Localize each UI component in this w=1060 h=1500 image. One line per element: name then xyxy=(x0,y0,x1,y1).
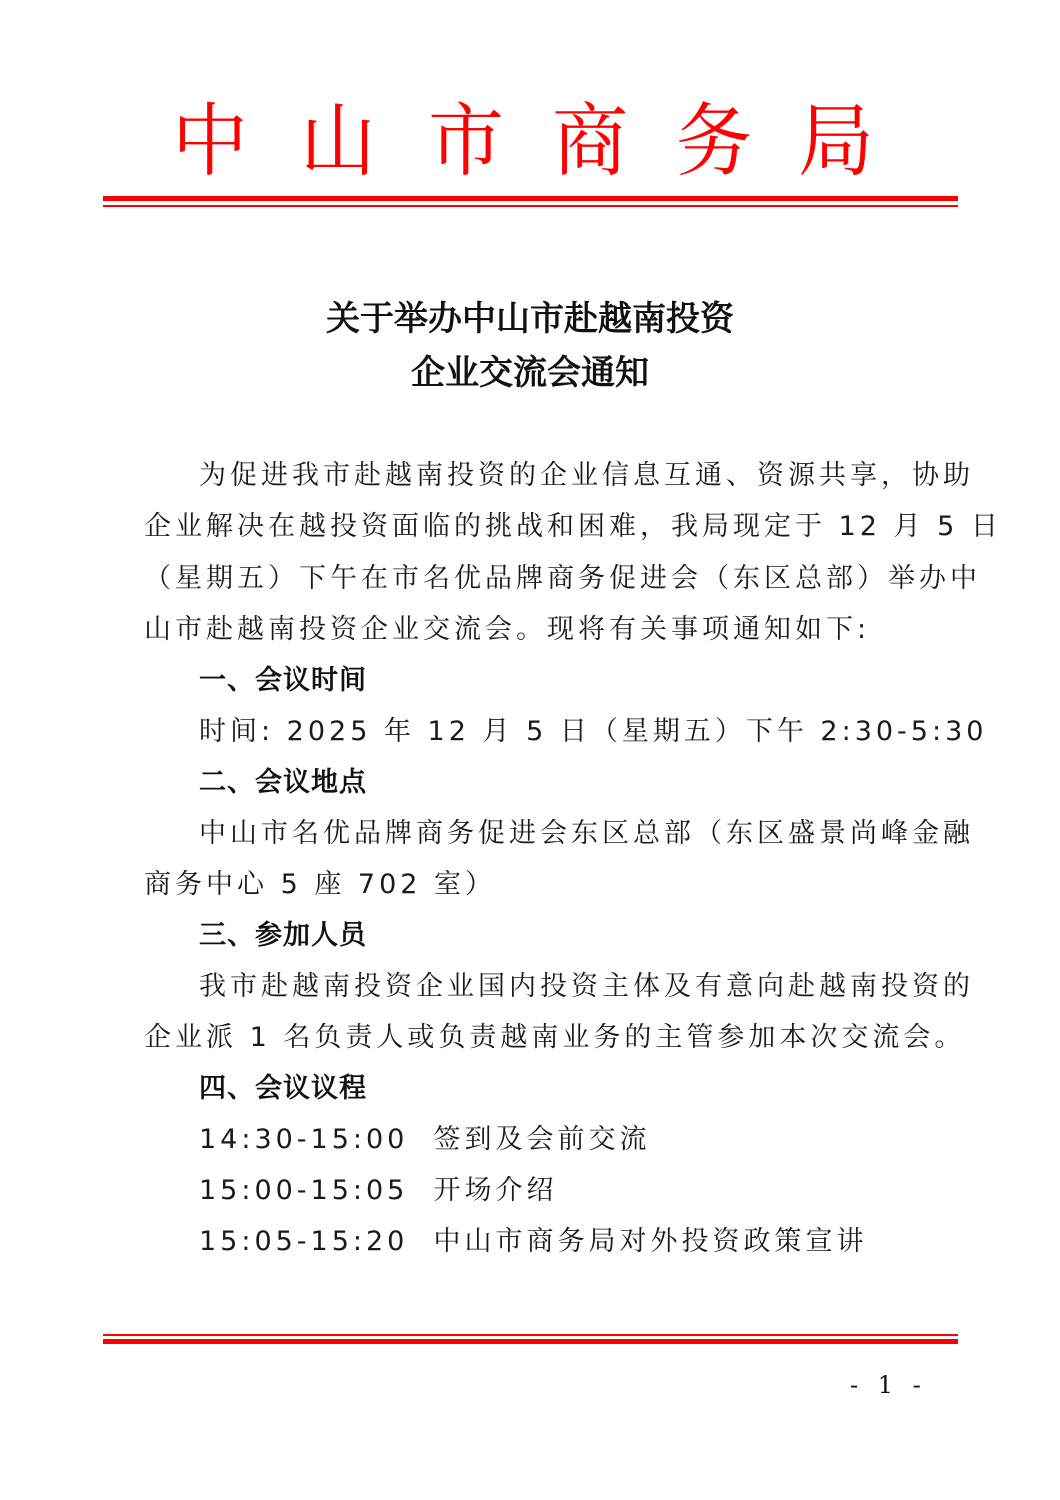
meeting-time-text: 时间: 2025 年 12 月 5 日（星期五）下午 2:30-5:30 xyxy=(199,715,987,749)
intro-line: 为促进我市赴越南投资的企业信息互通、资源共享，协助 xyxy=(199,459,974,493)
masthead: 中 山 市 商 务 局 xyxy=(0,96,1060,186)
agenda-item: 14:30-15:00 签到及会前交流 xyxy=(199,1123,651,1157)
masthead-char: 务 xyxy=(676,94,752,189)
section-heading-attendees: 三、参加人员 xyxy=(199,919,367,953)
header-thick-rule xyxy=(103,196,958,201)
masthead-char: 中 xyxy=(172,94,248,189)
header-thin-rule xyxy=(103,205,958,207)
masthead-char: 商 xyxy=(552,94,628,189)
section-heading-agenda: 四、会议议程 xyxy=(199,1072,367,1106)
footer-thin-rule xyxy=(103,1334,958,1336)
intro-line: 企业解决在越投资面临的挑战和困难，我局现定于 12 月 5 日 xyxy=(144,510,1002,544)
agenda-item: 15:00-15:05 开场介绍 xyxy=(199,1174,558,1208)
location-line: 商务中心 5 座 702 室） xyxy=(144,868,496,902)
section-heading-location: 二、会议地点 xyxy=(199,766,367,800)
document-title-line1: 关于举办中山市赴越南投资 xyxy=(0,292,1060,346)
attendees-line: 我市赴越南投资企业国内投资主体及有意向赴越南投资的 xyxy=(199,970,974,1004)
masthead-char: 局 xyxy=(798,94,874,189)
location-line: 中山市名优品牌商务促进会东区总部（东区盛景尚峰金融 xyxy=(199,817,974,851)
section-heading-time: 一、会议时间 xyxy=(199,664,367,698)
footer-thick-rule xyxy=(103,1339,958,1344)
intro-line: 山市赴越南投资企业交流会。现将有关事项通知如下: xyxy=(144,613,870,647)
agenda-item: 15:05-15:20 中山市商务局对外投资政策宣讲 xyxy=(199,1225,868,1259)
page-number: - 1 - xyxy=(850,1370,927,1400)
masthead-char: 市 xyxy=(428,94,504,189)
document-title-line2: 企业交流会通知 xyxy=(0,346,1060,400)
masthead-char: 山 xyxy=(300,94,376,189)
attendees-line: 企业派 1 名负责人或负责越南业务的主管参加本次交流会。 xyxy=(144,1021,965,1055)
intro-line: （星期五）下午在市名优品牌商务促进会（东区总部）举办中 xyxy=(144,562,981,596)
